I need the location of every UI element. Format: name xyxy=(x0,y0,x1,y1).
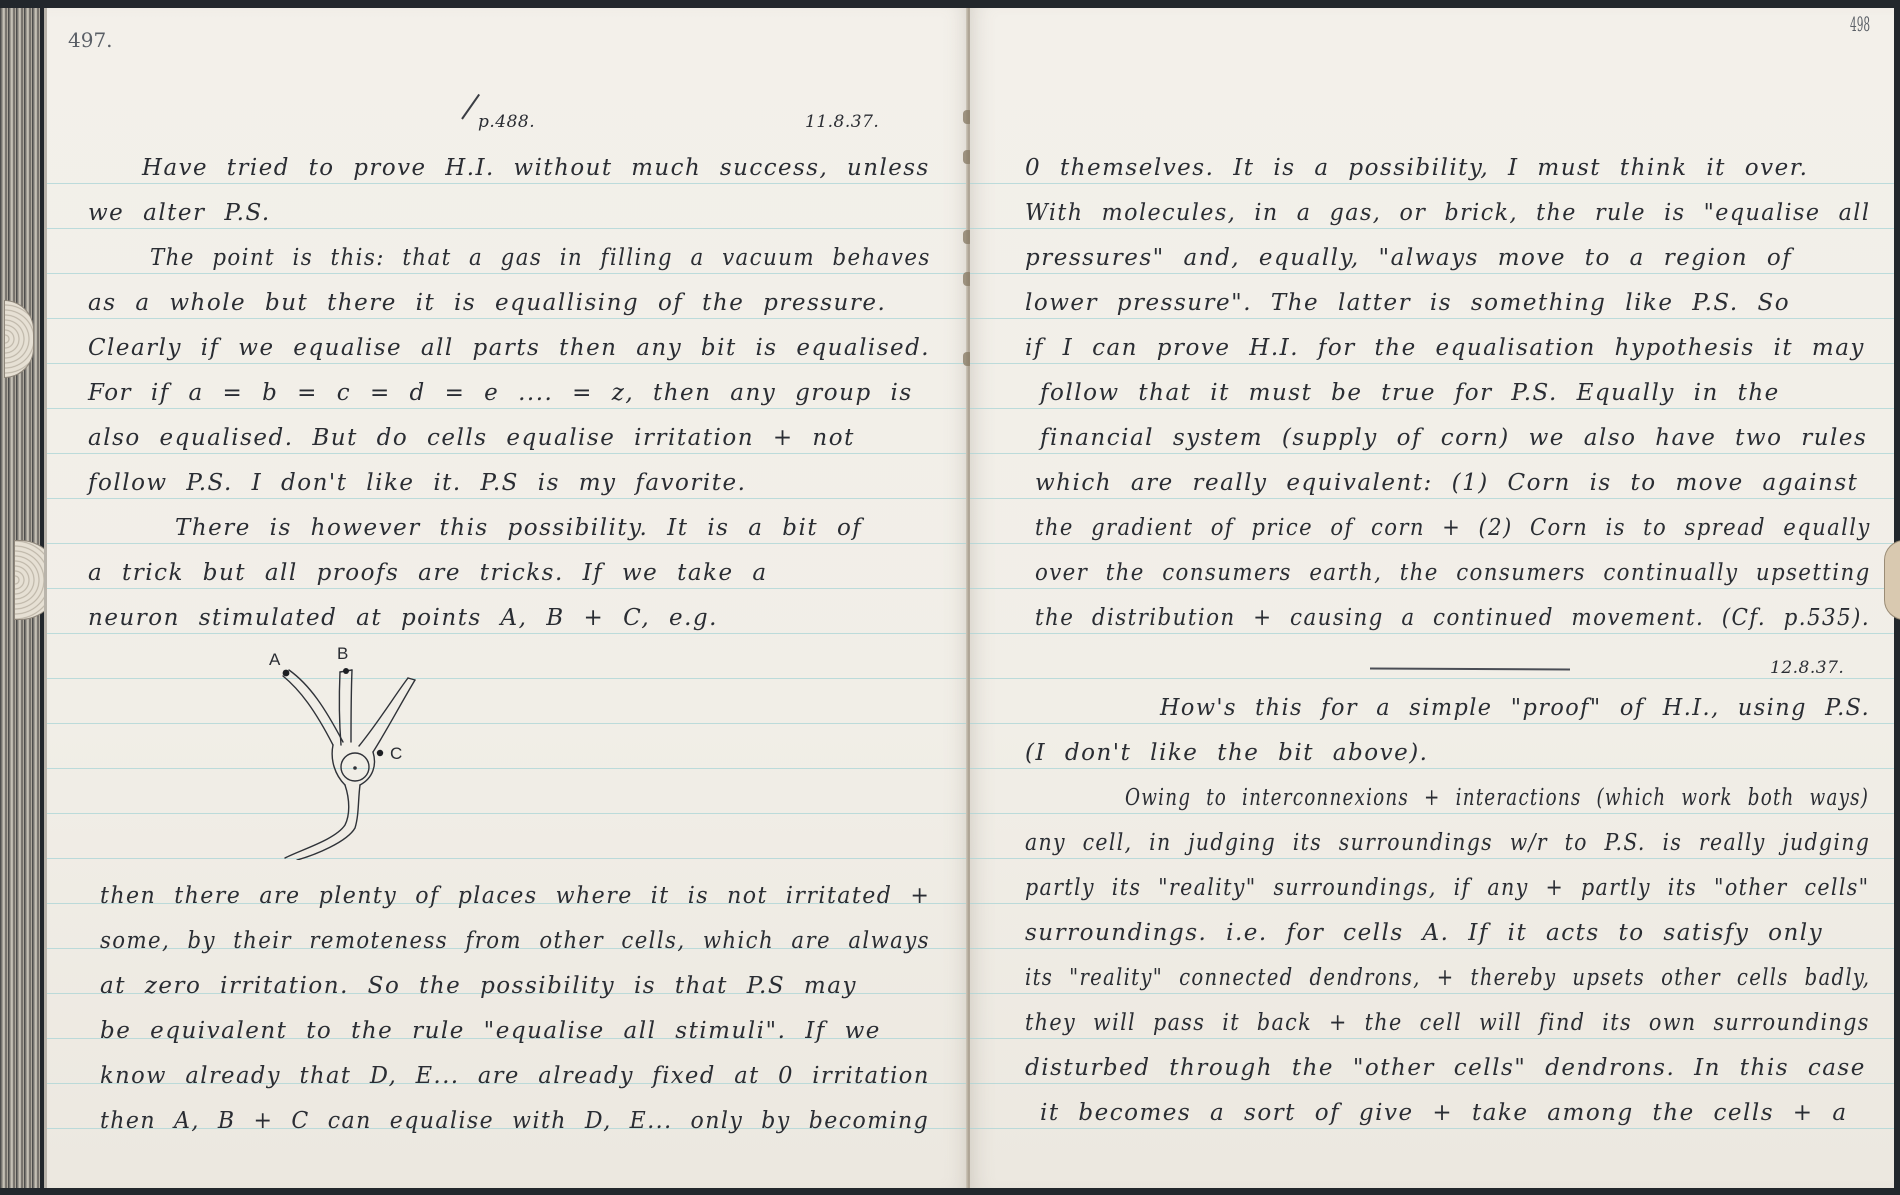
text-line: follow that it must be true for P.S. Equ… xyxy=(1040,380,1780,406)
text-line: any cell, in judging its surroundings w/… xyxy=(1025,830,1870,856)
rule-line xyxy=(970,633,1894,634)
text-line: also equalised. But do cells equalise ir… xyxy=(88,425,855,451)
rule-line xyxy=(970,678,1894,679)
rule-line xyxy=(970,408,1894,409)
rule-line xyxy=(970,363,1894,364)
text-line: we alter P.S. xyxy=(88,200,271,226)
text-line: they will pass it back + the cell will f… xyxy=(1025,1010,1870,1036)
text-span: The point is this: that a gas in filling… xyxy=(150,245,931,271)
rule-line xyxy=(47,453,970,454)
rule-line xyxy=(970,1038,1894,1039)
rule-line xyxy=(47,858,970,859)
text-line: surroundings. i.e. for cells A. If it ac… xyxy=(1025,920,1823,946)
rule-line xyxy=(47,363,970,364)
text-line: follow P.S. I don't like it. P.S is my f… xyxy=(88,470,746,496)
rule-line xyxy=(47,318,970,319)
page-reference: p.488. xyxy=(478,112,535,132)
diagram-label-c: C xyxy=(390,744,402,764)
rule-line xyxy=(47,678,970,679)
text-line: partly its "reality" surroundings, if an… xyxy=(1025,875,1870,901)
text-line: over the consumers earth, the consumers … xyxy=(1035,560,1871,586)
text-line: which are really equivalent: (1) Corn is… xyxy=(1035,470,1858,496)
rule-line xyxy=(970,588,1894,589)
text-line: lower pressure". The latter is something… xyxy=(1025,290,1790,316)
text-line: then there are plenty of places where it… xyxy=(100,883,930,909)
rule-line xyxy=(970,813,1894,814)
rule-line xyxy=(47,588,970,589)
rule-line xyxy=(970,273,1894,274)
rule-line xyxy=(970,183,1894,184)
text-line: its "reality" connected dendrons, + ther… xyxy=(1025,965,1870,991)
text-line: (I don't like the bit above). xyxy=(1025,740,1428,766)
text-line: at zero irritation. So the possibility i… xyxy=(100,973,857,999)
rule-line xyxy=(970,1128,1894,1129)
text-line: Have tried to prove H.I. without much su… xyxy=(142,155,930,181)
entry-date: 12.8.37. xyxy=(1770,658,1844,678)
rule-line xyxy=(970,1083,1894,1084)
rule-line xyxy=(970,948,1894,949)
diagram-label-b: B xyxy=(337,644,348,664)
rule-line xyxy=(47,273,970,274)
rule-line xyxy=(970,498,1894,499)
rule-line xyxy=(47,543,970,544)
rule-line xyxy=(970,993,1894,994)
rule-line xyxy=(970,318,1894,319)
text-line: The point is this: that a gas in filling… xyxy=(150,245,931,271)
text-line: then A, B + C can equalise with D, E... … xyxy=(100,1108,929,1134)
text-line: 0 themselves. It is a possibility, I mus… xyxy=(1025,155,1808,181)
entry-date: 11.8.37. xyxy=(805,112,879,132)
text-line: For if a = b = c = d = e .... = z, then … xyxy=(88,380,913,406)
rule-line xyxy=(970,768,1894,769)
rule-line xyxy=(47,813,970,814)
text-line: pressures" and, equally, "always move to… xyxy=(1025,245,1792,271)
rule-line xyxy=(47,723,970,724)
text-line: How's this for a simple "proof" of H.I.,… xyxy=(1160,695,1870,721)
text-line: Clearly if we equalise all parts then an… xyxy=(88,335,930,361)
text-line: a trick but all proofs are tricks. If we… xyxy=(88,560,768,586)
text-line: the distribution + causing a continued m… xyxy=(1035,605,1870,631)
text-line: neuron stimulated at points A, B + C, e.… xyxy=(88,605,718,631)
text-line: as a whole but there it is equallising o… xyxy=(88,290,886,316)
rule-line xyxy=(47,183,970,184)
text-line: it becomes a sort of give + take among t… xyxy=(1040,1100,1848,1126)
rule-line xyxy=(970,453,1894,454)
diagram-label-a: A xyxy=(269,650,280,670)
rule-line xyxy=(970,228,1894,229)
rule-line xyxy=(970,543,1894,544)
rule-line xyxy=(47,633,970,634)
rule-line xyxy=(970,903,1894,904)
text-line: know already that D, E... are already fi… xyxy=(100,1063,930,1089)
text-line: Owing to interconnexions + interactions … xyxy=(1125,785,1869,811)
rule-line xyxy=(47,228,970,229)
page-number: 497. xyxy=(68,28,113,52)
notebook-spread: 497. p.488. 11.8.37. Have tried to prove… xyxy=(0,0,1900,1195)
index-tab[interactable] xyxy=(1884,540,1900,620)
text-line: financial system (supply of corn) we als… xyxy=(1040,425,1867,451)
text-line: if I can prove H.I. for the equalisation… xyxy=(1025,335,1865,361)
text-line: be equivalent to the rule "equalise all … xyxy=(100,1018,881,1044)
rule-line xyxy=(47,408,970,409)
neuron-sketch-icon xyxy=(255,650,435,860)
rule-line xyxy=(970,723,1894,724)
left-page xyxy=(44,8,970,1188)
rule-line xyxy=(47,768,970,769)
neuron-diagram: A B C xyxy=(255,650,435,860)
rule-line xyxy=(970,858,1894,859)
text-line: There is however this possibility. It is… xyxy=(175,515,862,541)
text-line: the gradient of price of corn + (2) Corn… xyxy=(1035,515,1871,541)
text-line: some, by their remoteness from other cel… xyxy=(100,928,930,954)
page-number: 498 xyxy=(1850,12,1870,36)
text-line: With molecules, in a gas, or brick, the … xyxy=(1025,200,1870,226)
rule-line xyxy=(47,498,970,499)
text-line: disturbed through the "other cells" dend… xyxy=(1025,1055,1866,1081)
